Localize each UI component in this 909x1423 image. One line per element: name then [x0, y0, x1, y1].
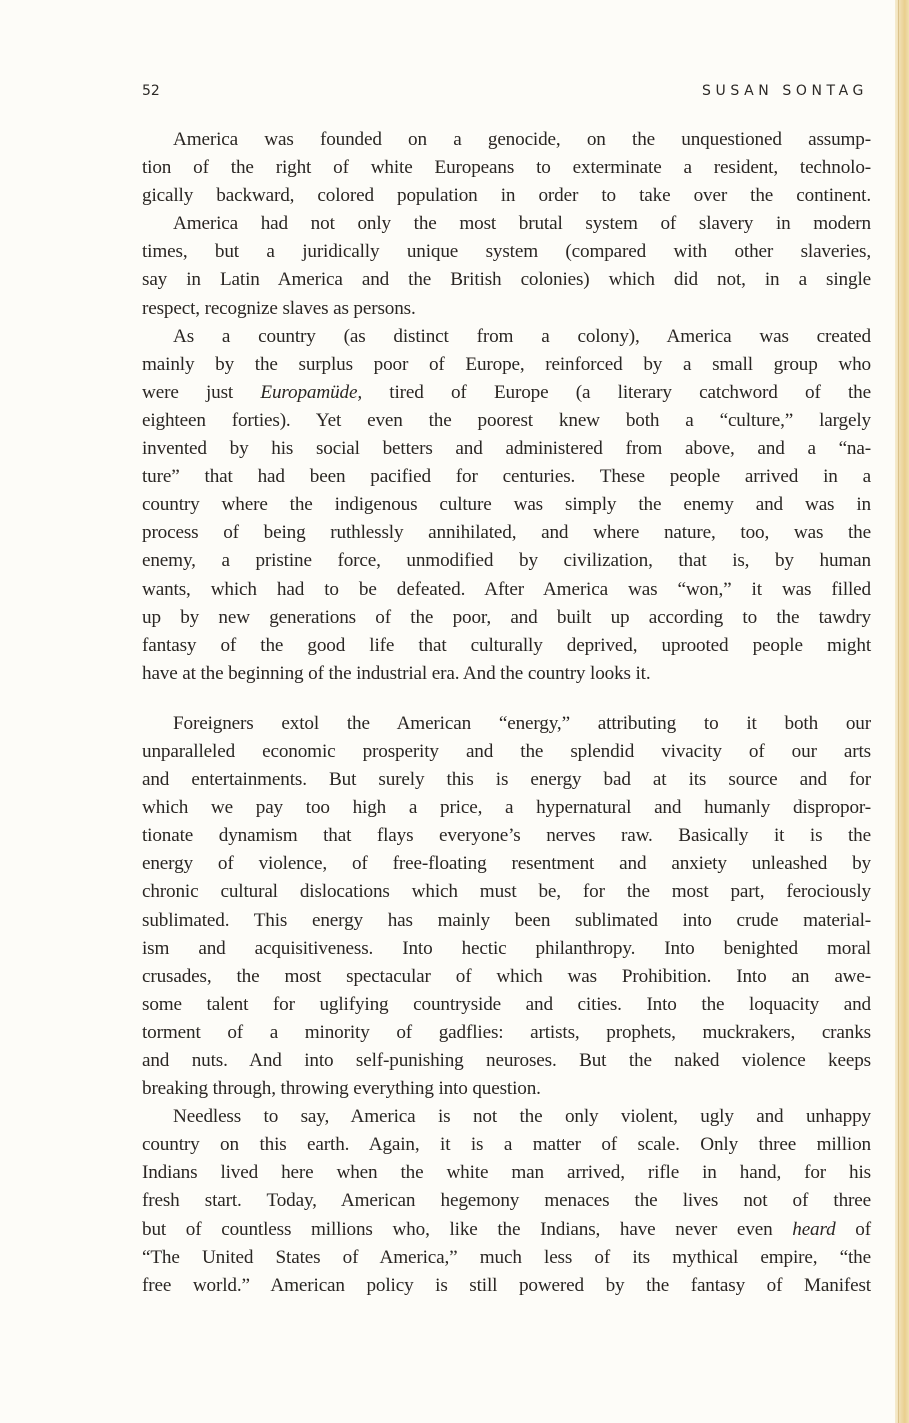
- paragraph-4: Foreigners extol the American “energy,” …: [142, 710, 871, 1103]
- text-line: wants, which had to be defeated. After A…: [142, 576, 871, 604]
- text-line: “The United States of America,” much les…: [142, 1244, 871, 1272]
- page-number: 52: [142, 83, 160, 99]
- text-line: were just Europamüde, tired of Europe (a…: [142, 379, 871, 407]
- italic-term: Europamüde,: [260, 382, 362, 403]
- text-line: fresh start. Today, American hegemony me…: [142, 1187, 871, 1215]
- text-line: eighteen forties). Yet even the poorest …: [142, 407, 871, 435]
- text-line: invented by his social betters and admin…: [142, 435, 871, 463]
- italic-term: heard: [792, 1219, 835, 1240]
- body-text: America was founded on a genocide, on th…: [142, 126, 871, 1300]
- text-fragment: of: [836, 1219, 871, 1240]
- paragraph-3: As a country (as distinct from a colony)…: [142, 323, 871, 688]
- paragraph-2: America had not only the most brutal sys…: [142, 210, 871, 322]
- text-line: Indians lived here when the white man ar…: [142, 1159, 871, 1187]
- text-line: Needless to say, America is not the only…: [142, 1103, 871, 1131]
- text-line: ism and acquisitiveness. Into hectic phi…: [142, 935, 871, 963]
- text-line: and entertainments. But surely this is e…: [142, 766, 871, 794]
- text-line: sublimated. This energy has mainly been …: [142, 907, 871, 935]
- text-line: torment of a minority of gadflies: artis…: [142, 1019, 871, 1047]
- text-line: but of countless millions who, like the …: [142, 1216, 871, 1244]
- text-line: and nuts. And into self-punishing neuros…: [142, 1047, 871, 1075]
- text-fragment: were just: [142, 382, 260, 403]
- text-line: process of being ruthlessly annihilated,…: [142, 519, 871, 547]
- text-line: America had not only the most brutal sys…: [142, 210, 871, 238]
- text-line: unparalleled economic prosperity and the…: [142, 738, 871, 766]
- text-line: breaking through, throwing everything in…: [142, 1075, 871, 1103]
- text-line: mainly by the surplus poor of Europe, re…: [142, 351, 871, 379]
- text-line: say in Latin America and the British col…: [142, 266, 871, 294]
- page-edge-line: [898, 0, 899, 1423]
- text-line: fantasy of the good life that culturally…: [142, 632, 871, 660]
- text-line: tion of the right of white Europeans to …: [142, 154, 871, 182]
- text-line: free world.” American policy is still po…: [142, 1272, 871, 1300]
- text-fragment: tired of Europe (a literary catchword of…: [362, 382, 871, 403]
- text-line: Foreigners extol the American “energy,” …: [142, 710, 871, 738]
- text-line: tionate dynamism that flays everyone’s n…: [142, 822, 871, 850]
- text-fragment: but of countless millions who, like the …: [142, 1219, 792, 1240]
- paragraph-5: Needless to say, America is not the only…: [142, 1103, 871, 1300]
- text-line: up by new generations of the poor, and b…: [142, 604, 871, 632]
- text-line: As a country (as distinct from a colony)…: [142, 323, 871, 351]
- text-line: ture” that had been pacified for centuri…: [142, 463, 871, 491]
- text-line: crusades, the most spectacular of which …: [142, 963, 871, 991]
- page-header: 52 SUSAN SONTAG: [142, 83, 870, 103]
- text-line: which we pay too high a price, a hyperna…: [142, 794, 871, 822]
- text-line: enemy, a pristine force, unmodified by c…: [142, 547, 871, 575]
- text-line: America was founded on a genocide, on th…: [142, 126, 871, 154]
- text-line: some talent for uglifying countryside an…: [142, 991, 871, 1019]
- text-line: energy of violence, of free-floating res…: [142, 850, 871, 878]
- paragraph-1: America was founded on a genocide, on th…: [142, 126, 871, 210]
- text-line: times, but a juridically unique system (…: [142, 238, 871, 266]
- text-line: have at the beginning of the industrial …: [142, 660, 871, 688]
- text-line: country on this earth. Again, it is a ma…: [142, 1131, 871, 1159]
- text-line: country where the indigenous culture was…: [142, 491, 871, 519]
- text-line: gically backward, colored population in …: [142, 182, 871, 210]
- running-head: SUSAN SONTAG: [702, 83, 868, 99]
- text-line: respect, recognize slaves as persons.: [142, 295, 871, 323]
- text-line: chronic cultural dislocations which must…: [142, 878, 871, 906]
